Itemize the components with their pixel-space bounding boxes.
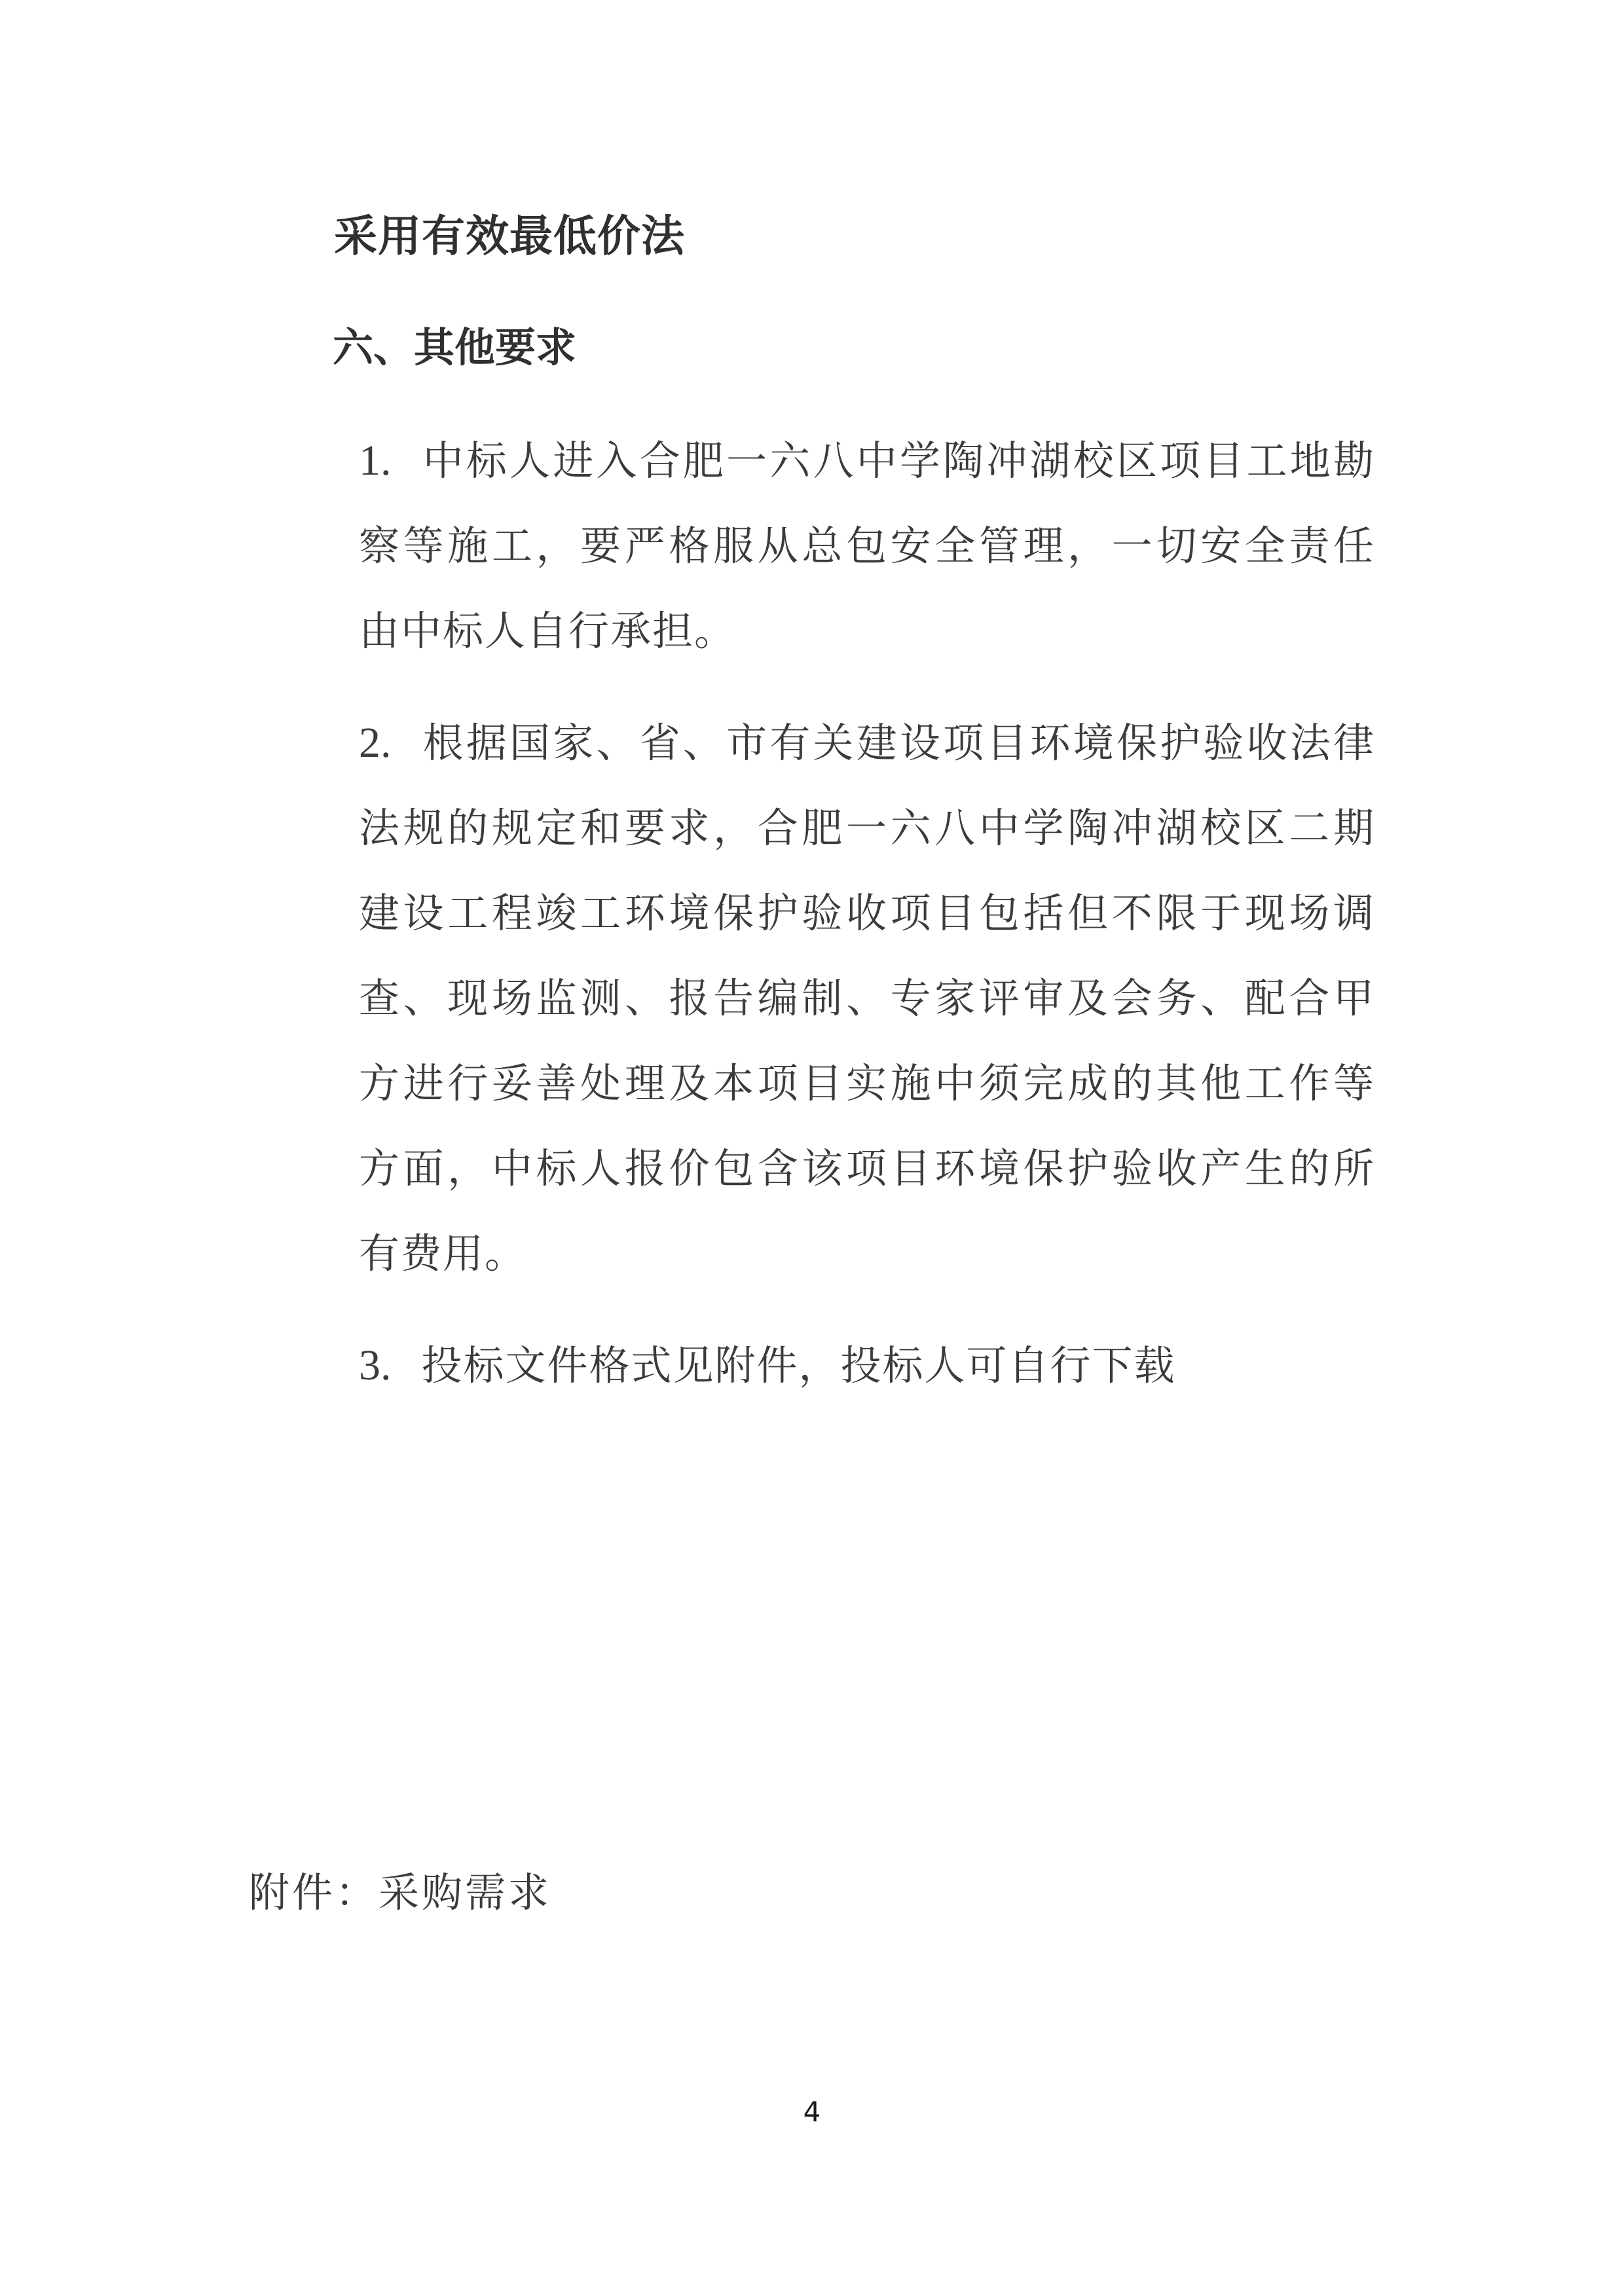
paragraph-number: 2. — [359, 719, 392, 767]
paragraph-line: 2.根据国家、省、市有关建设项目环境保护验收法律 — [359, 701, 1375, 786]
page-number: 4 — [0, 2097, 1624, 2127]
paragraph-number: 1. — [359, 437, 392, 484]
paragraph-line: 法规的规定和要求，合肥一六八中学陶冲湖校区二期 — [359, 786, 1375, 871]
paragraph-line: 1.中标人进入合肥一六八中学陶冲湖校区项目工地勘 — [359, 418, 1375, 504]
numbered-paragraph: 3.投标文件格式见附件，投标人可自行下载 — [359, 1323, 1375, 1409]
paragraph-line: 方面，中标人报价包含该项目环境保护验收产生的所 — [359, 1127, 1375, 1212]
numbered-paragraph: 2.根据国家、省、市有关建设项目环境保护验收法律法规的规定和要求，合肥一六八中学… — [359, 701, 1375, 1297]
paragraph-line: 由中标人自行承担。 — [359, 589, 1375, 674]
paragraph-list: 1.中标人进入合肥一六八中学陶冲湖校区项目工地勘察等施工，要严格服从总包安全管理… — [359, 418, 1375, 1409]
paragraph-line: 察等施工，要严格服从总包安全管理，一切安全责任 — [359, 504, 1375, 589]
section-heading-other-requirements: 六、其他要求 — [333, 327, 576, 369]
document-page: 采用有效最低价法 六、其他要求 1.中标人进入合肥一六八中学陶冲湖校区项目工地勘… — [0, 0, 1624, 2296]
paragraph-number: 3. — [359, 1341, 392, 1389]
paragraph-line: 3.投标文件格式见附件，投标人可自行下载 — [359, 1323, 1375, 1409]
paragraph-line: 方进行妥善处理及本项目实施中须完成的其他工作等 — [359, 1042, 1375, 1127]
paragraph-line: 建设工程竣工环境保护验收项目包括但不限于现场调 — [359, 871, 1375, 957]
attachment-note: 附件：采购需求 — [249, 1871, 551, 1916]
paragraph-line: 查、现场监测、报告编制、专家评审及会务、配合甲 — [359, 957, 1375, 1042]
section-heading-evaluation-method: 采用有效最低价法 — [334, 213, 685, 259]
numbered-paragraph: 1.中标人进入合肥一六八中学陶冲湖校区项目工地勘察等施工，要严格服从总包安全管理… — [359, 418, 1375, 674]
paragraph-line: 有费用。 — [359, 1212, 1375, 1297]
